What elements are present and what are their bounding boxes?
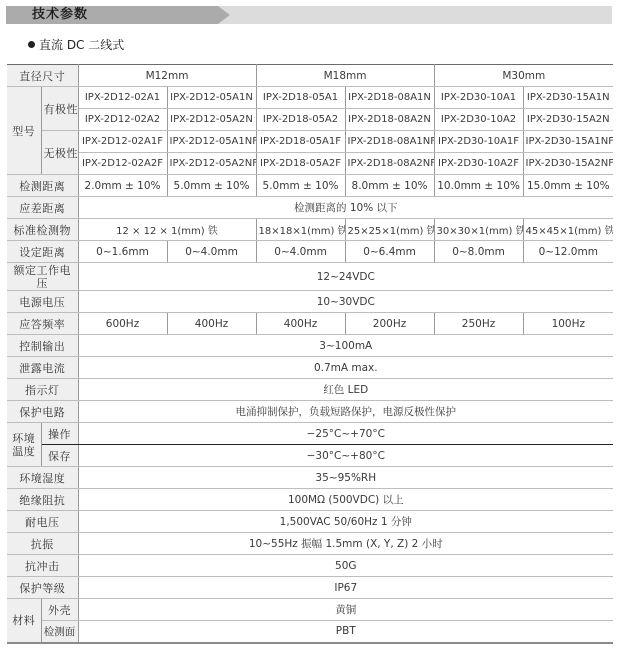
sub-label: 有极性 (41, 87, 78, 131)
row-rated-voltage: 额定工作电压 12~24VDC (7, 263, 613, 291)
cell: IPX-2D18-08A1N (345, 87, 434, 109)
row-protection-circuit: 保护电路 电涌抑制保护，负载短路保护，电源反极性保护 (7, 401, 613, 423)
cell: IPX-2D30-10A1 (434, 87, 523, 109)
row-label: 抗振 (7, 533, 78, 555)
row-label: 保护电路 (7, 401, 78, 423)
spec-table: 直径尺寸 M12mm M18mm M30mm 型号 有极性 IPX-2D12-0… (7, 64, 613, 644)
row-label: 控制输出 (7, 335, 78, 357)
cell: 3~100mA (78, 335, 613, 357)
cell: PBT (78, 621, 613, 643)
cell: IPX-2D18-05A2 (256, 109, 345, 131)
sub-label: 操作 (41, 423, 78, 445)
cell: 0~6.4mm (345, 241, 434, 263)
cell: 25×25×1(mm) 铁 (345, 219, 434, 241)
row-label: 耐电压 (7, 511, 78, 533)
cell: IPX-2D30-15A2N (523, 109, 613, 131)
cell: IPX-2D30-15A1NF (523, 131, 613, 153)
row-vibration: 抗振 10~55Hz 振幅 1.5mm (X, Y, Z) 2 小时 (7, 533, 613, 555)
section-header-banner: 技术参数 (6, 6, 612, 24)
cell: IPX-2D18-05A2F (256, 153, 345, 175)
cell: IPX-2D12-02A1 (78, 87, 167, 109)
cell: IPX-2D30-15A1N (523, 87, 613, 109)
row-label: 型号 (7, 87, 41, 175)
cell: IPX-2D12-05A1N (167, 87, 256, 109)
sub-label: 保存 (41, 445, 78, 467)
cell: −25°C~+70°C (78, 423, 613, 445)
row-label: 标准检测物 (7, 219, 78, 241)
row-label: 泄露电流 (7, 357, 78, 379)
cell: 0~1.6mm (78, 241, 167, 263)
row-control-output: 控制输出 3~100mA (7, 335, 613, 357)
cell: 5.0mm ± 10% (256, 175, 345, 197)
row-label: 直径尺寸 (7, 65, 78, 87)
cell: 10.0mm ± 10% (434, 175, 523, 197)
cell: M12mm (78, 65, 256, 87)
cell: 200Hz (345, 313, 434, 335)
cell: IP67 (78, 577, 613, 599)
cell: IPX-2D12-02A2 (78, 109, 167, 131)
cell: 2.0mm ± 10% (78, 175, 167, 197)
row-supply-voltage: 电源电压 10~30VDC (7, 291, 613, 313)
cell: −30°C~+80°C (78, 445, 613, 467)
cell: 红色 LED (78, 379, 613, 401)
cell: 100MΩ (500VDC) 以上 (78, 489, 613, 511)
row-material-housing: 材料 外壳 黄铜 (7, 599, 613, 621)
row-label: 指示灯 (7, 379, 78, 401)
row-set-distance: 设定距离 0~1.6mm 0~4.0mm 0~4.0mm 0~6.4mm 0~8… (7, 241, 613, 263)
cell: 400Hz (167, 313, 256, 335)
cell: 0~4.0mm (167, 241, 256, 263)
bullet-icon (28, 41, 35, 48)
cell: M18mm (256, 65, 434, 87)
row-label: 应差距离 (7, 197, 78, 219)
row-model-polar-2: IPX-2D12-02A2 IPX-2D12-05A2N IPX-2D18-05… (7, 109, 613, 131)
cell: 100Hz (523, 313, 613, 335)
cell: 10~55Hz 振幅 1.5mm (X, Y, Z) 2 小时 (78, 533, 613, 555)
row-model-nonpolar-2: IPX-2D12-02A2F IPX-2D12-05A2NF IPX-2D18-… (7, 153, 613, 175)
row-dielectric: 耐电压 1,500VAC 50/60Hz 1 分钟 (7, 511, 613, 533)
cell: 12 × 12 × 1(mm) 铁 (78, 219, 256, 241)
row-shock: 抗冲击 50G (7, 555, 613, 577)
cell: IPX-2D30-10A1F (434, 131, 523, 153)
row-leakage-current: 泄露电流 0.7mA max. (7, 357, 613, 379)
subtitle: 直流 DC 二线式 (28, 36, 124, 53)
cell: 5.0mm ± 10% (167, 175, 256, 197)
sub-label: 检测面 (41, 621, 78, 643)
row-label: 保护等级 (7, 577, 78, 599)
row-label: 环境湿度 (7, 467, 78, 489)
cell: IPX-2D12-05A1NF (167, 131, 256, 153)
cell: 30×30×1(mm) 铁 (434, 219, 523, 241)
cell: IPX-2D18-08A2NF (345, 153, 434, 175)
row-material-sensing-face: 检测面 PBT (7, 621, 613, 643)
cell: 10~30VDC (78, 291, 613, 313)
cell: IPX-2D30-10A2 (434, 109, 523, 131)
row-response-freq: 应答频率 600Hz 400Hz 400Hz 200Hz 250Hz 100Hz (7, 313, 613, 335)
cell: 12~24VDC (78, 263, 613, 291)
cell: 0.7mA max. (78, 357, 613, 379)
cell: 15.0mm ± 10% (523, 175, 613, 197)
row-hysteresis: 应差距离 检测距离的 10% 以下 (7, 197, 613, 219)
cell: IPX-2D12-02A1F (78, 131, 167, 153)
row-label: 材料 (7, 599, 41, 643)
cell: 0~12.0mm (523, 241, 613, 263)
row-label: 抗冲击 (7, 555, 78, 577)
row-ambient-humidity: 环境湿度 35~95%RH (7, 467, 613, 489)
row-label: 设定距离 (7, 241, 78, 263)
cell: IPX-2D30-15A2NF (523, 153, 613, 175)
row-diameter: 直径尺寸 M12mm M18mm M30mm (7, 65, 613, 87)
row-temp-operating: 环境温度 操作 −25°C~+70°C (7, 423, 613, 445)
cell: IPX-2D18-08A2N (345, 109, 434, 131)
row-model-nonpolar-1: 无极性 IPX-2D12-02A1F IPX-2D12-05A1NF IPX-2… (7, 131, 613, 153)
cell: IPX-2D18-05A1 (256, 87, 345, 109)
row-temp-storage: 保存 −30°C~+80°C (7, 445, 613, 467)
cell: 电涌抑制保护，负载短路保护，电源反极性保护 (78, 401, 613, 423)
row-label: 应答频率 (7, 313, 78, 335)
cell: 35~95%RH (78, 467, 613, 489)
cell: 600Hz (78, 313, 167, 335)
cell: 0~8.0mm (434, 241, 523, 263)
cell: IPX-2D12-05A2NF (167, 153, 256, 175)
cell: 8.0mm ± 10% (345, 175, 434, 197)
row-indicator: 指示灯 红色 LED (7, 379, 613, 401)
cell: IPX-2D12-02A2F (78, 153, 167, 175)
row-label: 额定工作电压 (7, 263, 78, 291)
row-label: 绝缘阻抗 (7, 489, 78, 511)
row-label: 检测距离 (7, 175, 78, 197)
cell: 黄铜 (78, 599, 613, 621)
cell: IPX-2D18-05A1F (256, 131, 345, 153)
cell: 45×45×1(mm) 铁 (523, 219, 613, 241)
row-model-polar-1: 型号 有极性 IPX-2D12-02A1 IPX-2D12-05A1N IPX-… (7, 87, 613, 109)
cell: M30mm (434, 65, 613, 87)
row-detect-distance: 检测距离 2.0mm ± 10% 5.0mm ± 10% 5.0mm ± 10%… (7, 175, 613, 197)
row-insulation: 绝缘阻抗 100MΩ (500VDC) 以上 (7, 489, 613, 511)
row-protection-grade: 保护等级 IP67 (7, 577, 613, 599)
row-label: 电源电压 (7, 291, 78, 313)
cell: IPX-2D12-05A2N (167, 109, 256, 131)
sub-label: 外壳 (41, 599, 78, 621)
cell: IPX-2D18-08A1NF (345, 131, 434, 153)
cell: 50G (78, 555, 613, 577)
cell: 400Hz (256, 313, 345, 335)
subtitle-text: 直流 DC 二线式 (39, 38, 124, 52)
row-standard-object: 标准检测物 12 × 12 × 1(mm) 铁 18×18×1(mm) 铁 25… (7, 219, 613, 241)
cell: IPX-2D30-10A2F (434, 153, 523, 175)
cell: 0~4.0mm (256, 241, 345, 263)
banner-light-band (196, 6, 612, 24)
sub-label: 无极性 (41, 131, 78, 175)
cell: 1,500VAC 50/60Hz 1 分钟 (78, 511, 613, 533)
row-label: 环境温度 (7, 423, 41, 467)
cell: 18×18×1(mm) 铁 (256, 219, 345, 241)
cell: 检测距离的 10% 以下 (78, 197, 613, 219)
cell: 250Hz (434, 313, 523, 335)
section-title: 技术参数 (32, 6, 88, 24)
